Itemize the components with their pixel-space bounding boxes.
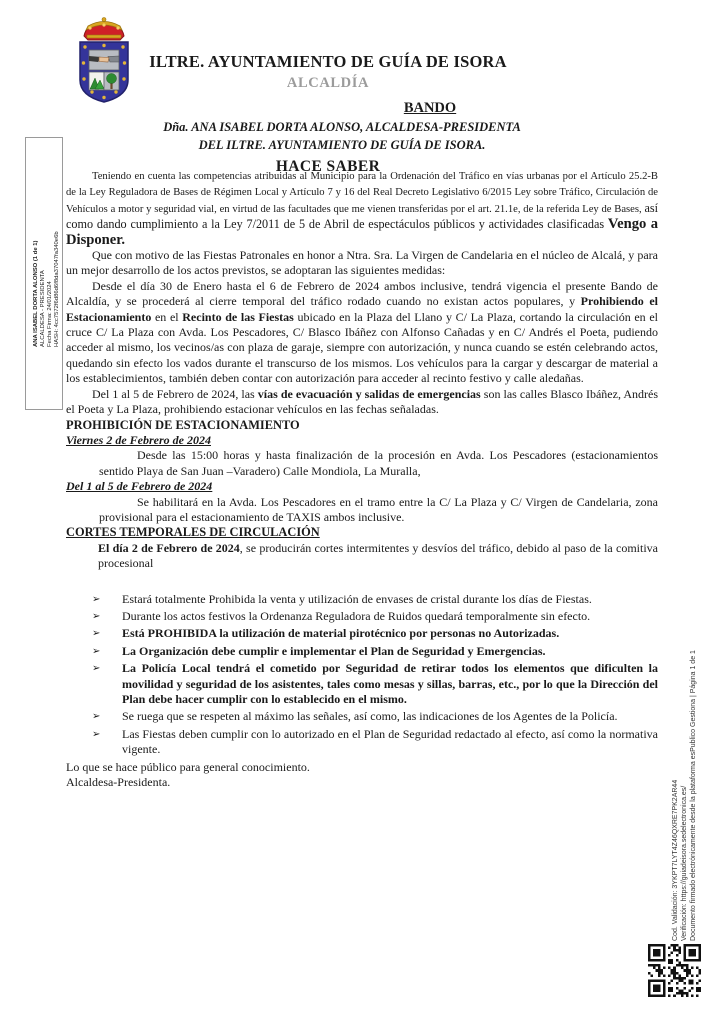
evacuation-bold: vías de evacuación y salidas de emergenc…	[258, 387, 481, 401]
section-heading-parking: PROHIBICIÓN DE ESTACIONAMIENTO	[66, 418, 658, 433]
bullet-item: ➢Las Fiestas deben cumplir con lo autori…	[66, 727, 658, 758]
arrow-bullet-icon: ➢	[92, 709, 100, 724]
validation-margin-text: Cod. Validación: 3YKPT7LYT4Z46QXRE7PK2AR…	[671, 549, 699, 941]
signature-stamp-text: ANA ISABEL DORTA ALONSO (1 de 1) ALCALDE…	[33, 185, 61, 347]
bullet-text: Las Fiestas deben cumplir con lo autoriz…	[122, 727, 658, 756]
bullet-text: Está PROHIBIDA la utilización de materia…	[122, 626, 559, 640]
arrow-bullet-icon: ➢	[92, 626, 100, 641]
parking-text-2: Se habilitará en la Avda. Los Pescadores…	[99, 495, 658, 526]
date-subheading-friday: Viernes 2 de Febrero de 2024	[66, 433, 658, 448]
traffic-text: El día 2 de Febrero de 2024, se producir…	[98, 541, 658, 572]
issuer-line-2: DEL ILTRE. AYUNTAMIENTO DE GUÍA DE ISORA…	[80, 138, 604, 153]
bando-document-page: ILTRE. AYUNTAMIENTO DE GUÍA DE ISORA ALC…	[0, 0, 724, 1024]
bullet-list: ➢Estará totalmente Prohibida la venta y …	[66, 592, 658, 758]
measures-seg1: Desde el día 30 de Enero hasta el 6 de F…	[66, 279, 658, 308]
traffic-date-bold: El día 2 de Febrero de 2024	[98, 541, 240, 555]
arrow-bullet-icon: ➢	[92, 592, 100, 607]
document-header: ILTRE. AYUNTAMIENTO DE GUÍA DE ISORA ALC…	[66, 52, 590, 176]
legal-basis-text: Teniendo en cuenta las competencias atri…	[66, 171, 658, 215]
bullet-item: ➢La Organización debe cumplir e implemen…	[66, 644, 658, 659]
bullet-item: ➢Está PROHIBIDA la utilización de materi…	[66, 626, 658, 641]
qr-code	[648, 944, 701, 997]
bullet-item: ➢Durante los actos festivos la Ordenanza…	[66, 609, 658, 624]
arrow-bullet-icon: ➢	[92, 644, 100, 659]
signer-role: ALCALDESA - PRESIDENTA	[40, 185, 47, 347]
verification-url: Verificación: https://guiadeisora.sedele…	[680, 549, 689, 941]
paragraph-measures: Desde el día 30 de Enero hasta el 6 de F…	[66, 279, 658, 387]
document-body: Teniendo en cuenta las competencias atri…	[66, 168, 658, 790]
date-subheading-range: Del 1 al 5 de Febrero de 2024	[66, 479, 658, 494]
arrow-bullet-icon: ➢	[92, 609, 100, 624]
arrow-bullet-icon: ➢	[92, 727, 100, 742]
validation-code: Cod. Validación: 3YKPT7LYT4Z46QXRE7PK2AR…	[671, 549, 680, 941]
signature-role: Alcaldesa-Presidenta.	[66, 775, 658, 790]
bullet-item: ➢Estará totalmente Prohibida la venta y …	[66, 592, 658, 607]
bullet-item: ➢Se ruega que se respeten al máximo las …	[66, 709, 658, 724]
signer-name: ANA ISABEL DORTA ALONSO (1 de 1)	[33, 185, 40, 347]
measures-seg2: en el	[151, 310, 182, 324]
department-label: ALCALDÍA	[66, 75, 590, 92]
paragraph-evacuation: Del 1 al 5 de Febrero de 2024, las vías …	[66, 387, 658, 418]
measures-bold-recinto: Recinto de las Fiestas	[182, 310, 294, 324]
org-title: ILTRE. AYUNTAMIENTO DE GUÍA DE ISORA	[66, 52, 590, 72]
signature-date: Fecha Firma: 24/01/2024	[47, 185, 54, 347]
bullet-text: La Policía Local tendrá el cometido por …	[122, 661, 658, 706]
arrow-bullet-icon: ➢	[92, 661, 100, 676]
doc-type-title: BANDO	[168, 100, 692, 117]
signature-hash: HASH: 4cc7572f6d86d6f8da37047fa340e6b	[54, 185, 61, 347]
bullet-text: Se ruega que se respeten al máximo las s…	[122, 709, 618, 723]
paragraph-legal-basis: Teniendo en cuenta las competencias atri…	[66, 168, 658, 248]
paragraph-motive: Que con motivo de las Fiestas Patronales…	[66, 248, 658, 279]
footer-note: Documento firmado electrónicamente desde…	[689, 549, 698, 941]
bullet-text: Durante los actos festivos la Ordenanza …	[122, 609, 590, 623]
crown-icon	[84, 18, 124, 41]
section-heading-traffic: CORTES TEMPORALES DE CIRCULACIÓN	[66, 525, 658, 540]
issuer-line-1: Dña. ANA ISABEL DORTA ALONSO, ALCALDESA-…	[80, 120, 604, 135]
parking-text-1: Desde las 15:00 horas y hasta finalizaci…	[99, 448, 658, 479]
evacuation-seg1: Del 1 al 5 de Febrero de 2024, las	[92, 387, 258, 401]
bullet-text: La Organización debe cumplir e implement…	[122, 644, 546, 658]
bullet-item: ➢La Policía Local tendrá el cometido por…	[66, 661, 658, 707]
closing-statement: Lo que se hace público para general cono…	[66, 760, 658, 775]
bullet-text: Estará totalmente Prohibida la venta y u…	[122, 592, 592, 606]
